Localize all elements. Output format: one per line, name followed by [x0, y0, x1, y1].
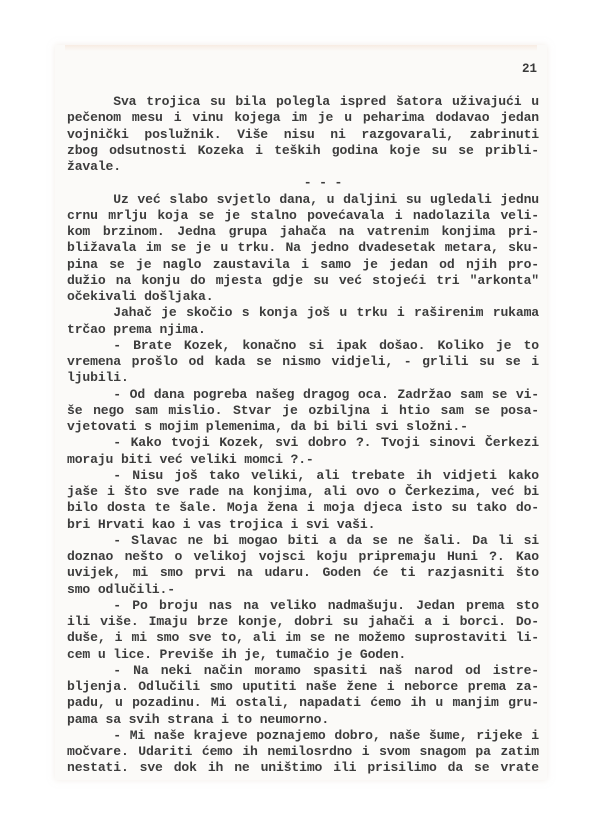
text-line: nestati. sve dok ih ne uništimo ili pris… [67, 760, 539, 776]
text-line: kom brzinom. Jedna grupa jahača na vatre… [67, 224, 539, 240]
text-line: ljubili. [67, 370, 539, 386]
text-line: vjetovati s mojim plemenima, da bi bili … [67, 419, 539, 435]
text-line: vojnički poslužnik. Više nisu ni razgova… [67, 127, 539, 143]
text-line: trčao prema njima. [67, 322, 539, 338]
text-line: uvijek, mi smo prvi na udaru. Goden će t… [67, 565, 539, 581]
text-line: Sva trojica su bila polegla ispred šator… [67, 94, 539, 110]
text-line: bri Hrvati kao i vas trojica i svi vaši. [67, 517, 539, 533]
text-line: - Mi naše krajeve poznajemo dobro, naše … [67, 728, 539, 744]
text-line: - Po broju nas na veliko nadmašuju. Jeda… [67, 598, 539, 614]
text-line: - Kako tvoji Kozek, svi dobro ?. Tvoji s… [67, 435, 539, 451]
page-number: 21 [522, 62, 537, 76]
text-line: - Na neki način moramo spasiti naš narod… [67, 663, 539, 679]
text-line: Jahač je skočio s konja još u trku i raš… [67, 305, 539, 321]
text-line: močvare. Udariti ćemo ih nemilosrdno i s… [67, 744, 539, 760]
text-line: bližavala im se je u trku. Na jedno dvad… [67, 240, 539, 256]
text-line: Uz već slabo svjetlo dana, u daljini su … [67, 192, 539, 208]
text-line: pina se je naglo zaustavila i samo je je… [67, 257, 539, 273]
text-line: moraju biti već veliki momci ?.- [67, 452, 539, 468]
text-line: - Od dana pogreba našeg dragog oca. Zadr… [67, 387, 539, 403]
text-line: doznao nešto o velikoj vojsci koju pripr… [67, 549, 539, 565]
text-line: - Brate Kozek, konačno si ipak došao. Ko… [67, 338, 539, 354]
text-line: očekivali došljaka. [67, 289, 539, 305]
text-line: vremena prošlo od kada se nismo vidjeli,… [67, 354, 539, 370]
text-line: žavale. [67, 159, 539, 175]
text-line: ili više. Imaju brze konje, dobri su jah… [67, 614, 539, 630]
text-line: - Nisu još tako veliki, ali trebate ih v… [67, 468, 539, 484]
text-line: zbog odsutnosti Kozeka i teških godina k… [67, 143, 539, 159]
text-line: jaše i što sve rade na konjima, ali ovo … [67, 484, 539, 500]
text-line: pama sa svih strana i to neumorno. [67, 712, 539, 728]
scanned-page: 21 Sva trojica su bila polegla ispred ša… [55, 45, 547, 780]
text-line: smo odlučili.- [67, 582, 539, 598]
text-line: crnu mrlju koja se je stalno povećavala … [67, 208, 539, 224]
text-line: cem u lice. Previše ih je, tumačio je Go… [67, 647, 539, 663]
text-line: - Slavac ne bi mogao biti a da se ne šal… [67, 533, 539, 549]
body-text: Sva trojica su bila polegla ispred šator… [67, 94, 539, 777]
paragraphs-after-separator: Uz već slabo svjetlo dana, u daljini su … [67, 192, 539, 777]
text-line: pečenom mesu i vinu kojega im je u pehar… [67, 110, 539, 126]
text-line: še nego sam mislio. Stvar je ozbiljna i … [67, 403, 539, 419]
text-line: dužio na konju do mjesta gdje su već sto… [67, 273, 539, 289]
text-line: bljenja. Odlučili smo uputiti naše žene … [67, 679, 539, 695]
text-line: bilo dosta te šale. Moja žena i moja dje… [67, 500, 539, 516]
paragraphs-before-separator: Sva trojica su bila polegla ispred šator… [67, 94, 539, 175]
text-line: duše, i mi smo sve to, ali im se ne može… [67, 630, 539, 646]
text-line: padu, u pozadinu. Mi ostali, napadati će… [67, 695, 539, 711]
section-separator: - - - [67, 175, 539, 191]
